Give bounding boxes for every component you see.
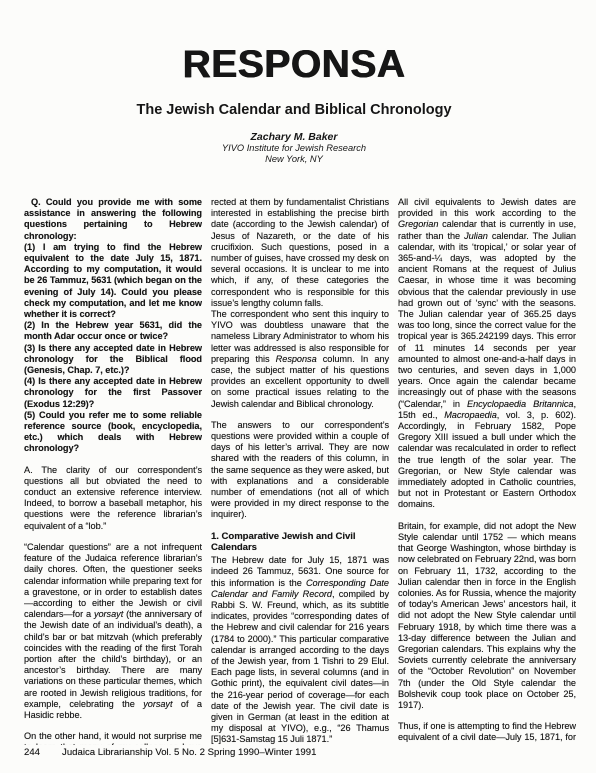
journal-citation: Judaica Librarianship Vol. 5 No. 2 Sprin… [62,747,316,758]
text-column-middle: rected at them by fundamentalist Christi… [211,197,389,745]
masthead: RESPONSA The Jewish Calendar and Biblica… [8,44,580,164]
paragraph: Q. Could you provide me with some assist… [24,197,202,242]
paragraph: (3) Is there any accepted date in Hebrew… [24,343,202,377]
page-footer: 244 Judaica Librarianship Vol. 5 No. 2 S… [24,747,572,758]
paragraph: The correspondent who sent this inquiry … [211,309,389,410]
paragraph: (5) Could you refer me to some reliable … [24,410,202,455]
paragraph: A. The clarity of our correspondent’s qu… [24,465,202,532]
author-name: Zachary M. Baker [8,131,580,143]
page-number: 244 [24,747,40,758]
author-location: New York, NY [8,154,580,165]
author-affiliation: YIVO Institute for Jewish Research [8,143,580,154]
paragraph: (2) In the Hebrew year 5631, did the mon… [24,320,202,342]
journal-page: RESPONSA The Jewish Calendar and Biblica… [0,0,596,773]
paragraph: Britain, for example, did not adopt the … [398,521,576,711]
article-body: Q. Could you provide me with some assist… [24,197,576,745]
text-column-left: Q. Could you provide me with some assist… [24,197,202,745]
paragraph: rected at them by fundamentalist Christi… [211,197,389,309]
paragraph: (1) I am trying to find the Hebrew equiv… [24,242,202,320]
paragraph: All civil equivalents to Jewish dates ar… [398,197,576,511]
column-title: RESPONSA [8,44,580,86]
text-column-right: All civil equivalents to Jewish dates ar… [398,197,576,745]
paragraph: The answers to our correspondent’s quest… [211,420,389,521]
paragraph: On the other hand, it would not surprise… [24,731,202,745]
paragraph: (4) Is there any accepted date in Hebrew… [24,376,202,410]
section-heading: 1. Comparative Jewish and Civil Calendar… [211,531,389,553]
paragraph: “Calendar questions” are a not infrequen… [24,542,202,721]
paragraph: Thus, if one is attempting to find the H… [398,721,576,745]
article-title: The Jewish Calendar and Biblical Chronol… [8,102,580,118]
paragraph: The Hebrew date for July 15, 1871 was in… [211,555,389,745]
